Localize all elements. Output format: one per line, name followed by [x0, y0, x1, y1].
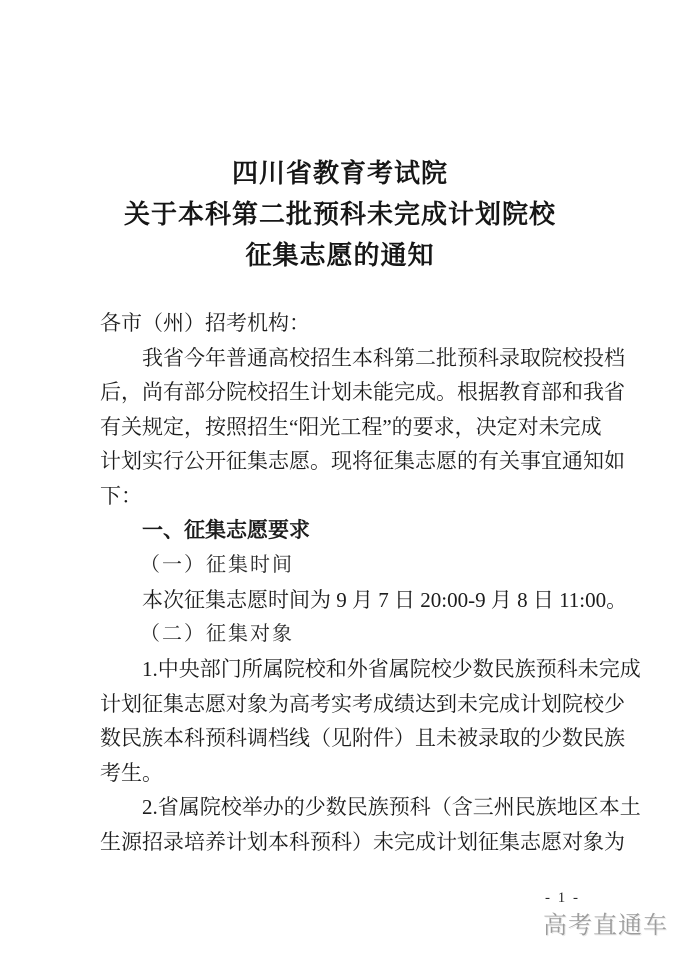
body-line: 我省今年普通高校招生本科第二批预科录取院校投档: [100, 341, 590, 376]
section-heading: 一、征集志愿要求: [100, 514, 590, 549]
title-line-1: 四川省教育考试院: [0, 153, 680, 194]
title-line-3: 征集志愿的通知: [0, 235, 680, 276]
body-line: 1.中央部门所属院校和外省属院校少数民族预科未完成: [100, 652, 590, 687]
body-line: 有关规定，按照招生“阳光工程”的要求，决定对未完成: [100, 410, 590, 445]
body-line: 生源招录培养计划本科预科）未完成计划征集志愿对象为: [100, 825, 590, 860]
subsection-heading: （一）征集时间: [100, 548, 590, 583]
document-title: 四川省教育考试院 关于本科第二批预科未完成计划院校 征集志愿的通知: [0, 0, 680, 276]
watermark: 高考直通车: [543, 905, 668, 940]
body-line: 数民族本科预科调档线（见附件）且未被录取的少数民族: [100, 721, 590, 756]
document-page: 四川省教育考试院 关于本科第二批预科未完成计划院校 征集志愿的通知 各市（州）招…: [0, 0, 680, 962]
body-line: 计划实行公开征集志愿。现将征集志愿的有关事宜通知如: [100, 444, 590, 479]
title-line-2: 关于本科第二批预科未完成计划院校: [0, 194, 680, 235]
body-line: 计划征集志愿对象为高考实考成绩达到未完成计划院校少: [100, 687, 590, 722]
document-body: 各市（州）招考机构： 我省今年普通高校招生本科第二批预科录取院校投档 后，尚有部…: [100, 306, 590, 860]
subsection-heading: （二）征集对象: [100, 617, 590, 652]
body-line: 下：: [100, 479, 590, 514]
salutation-line: 各市（州）招考机构：: [100, 306, 590, 341]
body-line: 后，尚有部分院校招生计划未能完成。根据教育部和我省: [100, 375, 590, 410]
body-line: 本次征集志愿时间为 9 月 7 日 20:00-9 月 8 日 11:00。: [100, 583, 590, 618]
body-line: 考生。: [100, 756, 590, 791]
body-line: 2.省属院校举办的少数民族预科（含三州民族地区本土: [100, 790, 590, 825]
